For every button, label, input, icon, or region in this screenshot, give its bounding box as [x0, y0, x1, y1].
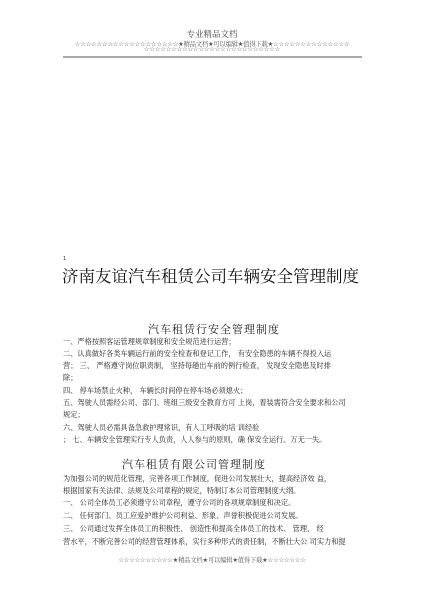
section1-line: 五、驾驶人员需经公司、部门、班组三级安全教育方可 上岗，着装需符合安全要求和公司	[63, 398, 346, 408]
section2-line: 为加强公司的规范化管理，完善各项工作制度，促进公司发展壮大，提高经济效 益，	[63, 474, 331, 484]
section2-line: 二、 任何部门、员工应爱护维护公司利益、形象、声誉积极促进公司发展。	[63, 511, 302, 521]
footer-stars-banner: ☆☆☆☆☆☆☆☆☆☆★精品文档★可以编辑★值得下载★☆☆☆☆☆☆☆	[0, 555, 424, 564]
section1-line: 一、严格按照客运管理规章制度和安全规范进行运营；	[63, 337, 236, 347]
section1-line: 六、驾驶人员必需具备急救护理常识，有人工呼吸的培 训经验	[63, 423, 259, 433]
section1-line: 营； 三、 严格遵守岗位职责制， 坚持每趟出车前的例行检查， 发现安全隐患及时排	[63, 361, 331, 371]
section1-line: ； 七、车辆安全管理实行专人负责，人人参与的原则，确 保安全运行、万无一失。	[63, 435, 326, 445]
section2-line: 营水平，不断完善公司的经营管理体系，实行多种形式的责任制，不断壮大公 司实力和提	[63, 537, 346, 547]
section2-line: 一、 公司全体员工必须遵守公司章程，遵守公司的各项规章制度和决定。	[63, 498, 295, 508]
section1-line: 除；	[63, 373, 77, 383]
header-stars-banner-continued: ☆☆☆☆☆☆☆☆☆☆☆☆☆☆☆☆☆☆☆☆☆☆☆☆☆	[0, 46, 424, 53]
section1-line: 四、 停车场禁止火种， 车辆长时间停在停车场必须熄火；	[63, 386, 247, 396]
section1-line: 规定；	[63, 410, 85, 420]
header-divider	[63, 56, 362, 58]
section1-title: 汽车租赁行安全管理制度	[148, 321, 280, 337]
document-title: 济南友谊汽车租赁公司车辆安全管理制度	[62, 263, 359, 287]
section2-line: 三、 公司通过发挥全体员工的积极性、 创造性和提高全体员工的技术、 管理、 经	[63, 524, 324, 534]
section1-line: 二、认真做好各类车辆运行前的安全检查和登记工作， 有安全隐患的车辆不得投入运	[63, 349, 331, 359]
page-marker: 1	[63, 256, 66, 262]
section2-line: 根据国家有关法律、法规及公司章程的规定，特制订本公司管理制度大纲。	[63, 486, 300, 496]
section2-title: 汽车租赁有限公司管理制度	[122, 456, 266, 472]
